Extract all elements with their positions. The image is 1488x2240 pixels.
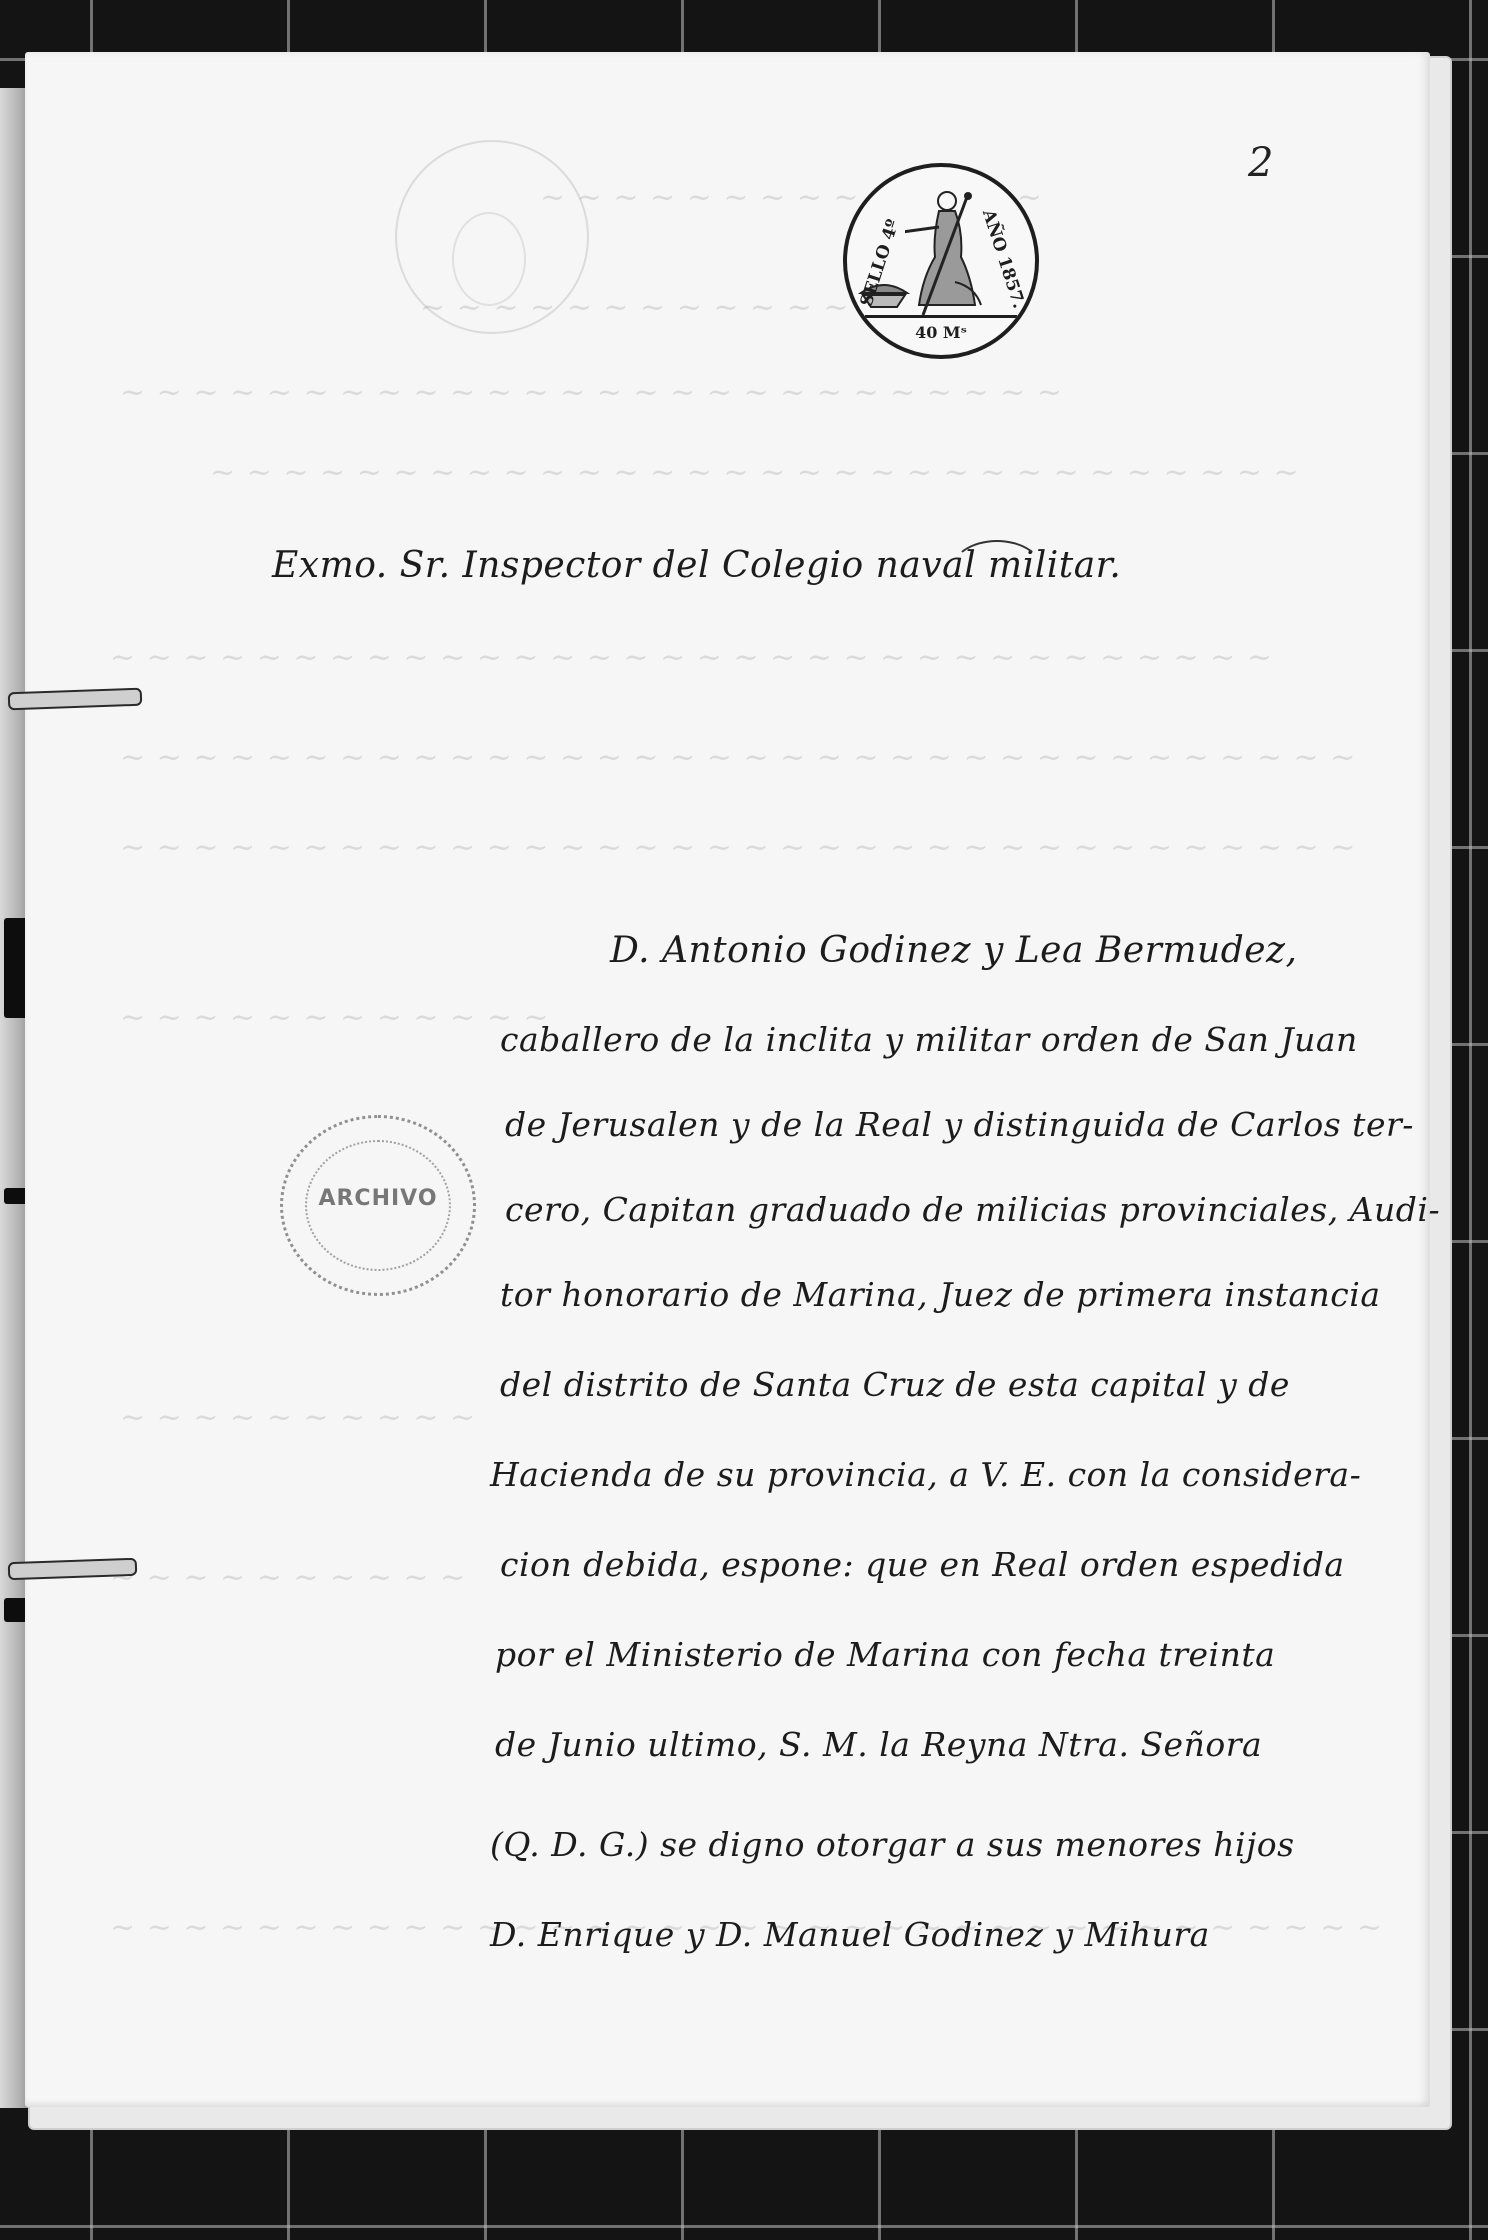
tax-stamp-seal: SELLO 4º AÑO 1857. 40 Mˢ bbox=[843, 163, 1039, 359]
body-line: D. Enrique y D. Manuel Godinez y Mihura bbox=[490, 1915, 1210, 1954]
seated-allegorical-figure-icon bbox=[905, 187, 985, 327]
body-line: de Jerusalen y de la Real y distinguida … bbox=[505, 1105, 1414, 1144]
bleed-through-text: ~ ~ ~ ~ ~ ~ ~ ~ ~ ~ ~ ~ ~ ~ ~ ~ ~ ~ ~ ~ … bbox=[120, 740, 1356, 775]
body-line: por el Ministerio de Marina con fecha tr… bbox=[495, 1635, 1275, 1674]
body-line: del distrito de Santa Cruz de esta capit… bbox=[500, 1365, 1290, 1404]
archive-stamp: ARCHIVO bbox=[280, 1115, 476, 1296]
body-line: de Junio ultimo, S. M. la Reyna Ntra. Se… bbox=[495, 1725, 1262, 1764]
bleed-through-text: ~ ~ ~ ~ ~ ~ ~ ~ ~ ~ ~ ~ ~ ~ ~ ~ ~ ~ ~ ~ … bbox=[110, 640, 1273, 675]
body-line: tor honorario de Marina, Juez de primera… bbox=[500, 1275, 1381, 1314]
bleed-through-text: ~ ~ ~ ~ ~ ~ ~ ~ ~ ~ ~ ~ ~ ~ ~ ~ ~ ~ ~ ~ … bbox=[210, 455, 1300, 490]
document-page bbox=[25, 52, 1430, 2107]
body-line: cero, Capitan graduado de milicias provi… bbox=[505, 1190, 1440, 1229]
folio-number: 2 bbox=[1248, 140, 1273, 186]
body-line: Hacienda de su provincia, a V. E. con la… bbox=[490, 1455, 1361, 1494]
bleed-through-text: ~ ~ ~ ~ ~ ~ ~ ~ ~ ~ ~ ~ ~ ~ ~ ~ ~ ~ ~ ~ … bbox=[120, 830, 1356, 865]
stamp-value: 40 Mˢ bbox=[847, 323, 1035, 342]
bleed-through-text: ~ ~ ~ ~ ~ ~ ~ ~ ~ ~ bbox=[110, 1560, 466, 1595]
body-line: D. Antonio Godinez y Lea Bermudez, bbox=[610, 930, 1297, 971]
stamp-divider bbox=[865, 315, 1017, 318]
body-line: caballero de la inclita y militar orden … bbox=[500, 1020, 1358, 1059]
salutation-flourish bbox=[950, 540, 1044, 604]
stamp-right-text: AÑO 1857. bbox=[978, 207, 1029, 311]
bleed-through-text: ~ ~ ~ ~ ~ ~ ~ ~ ~ ~ ~ ~ bbox=[120, 1000, 550, 1035]
bleed-through-text: ~ ~ ~ ~ ~ ~ ~ ~ ~ ~ bbox=[120, 1400, 476, 1435]
body-line: (Q. D. G.) se digno otorgar a sus menore… bbox=[490, 1825, 1295, 1864]
bleed-through-text: ~ ~ ~ ~ ~ ~ ~ ~ ~ ~ ~ ~ ~ ~ ~ ~ ~ ~ ~ ~ … bbox=[120, 375, 1063, 410]
archive-stamp-label: ARCHIVO bbox=[283, 1186, 473, 1211]
body-line: cion debida, espone: que en Real orden e… bbox=[500, 1545, 1345, 1584]
